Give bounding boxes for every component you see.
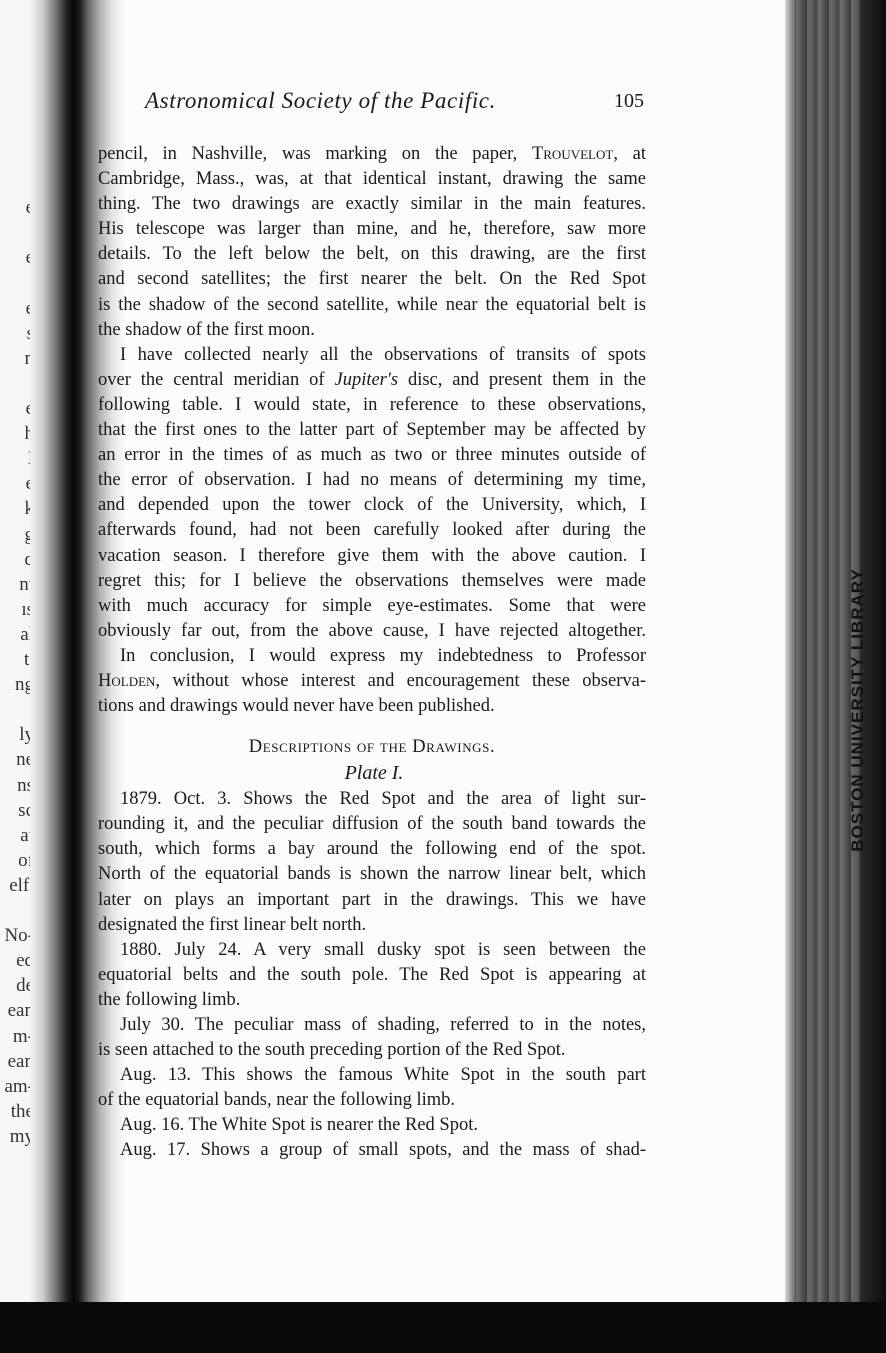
- text-span: disc, and present them in the: [398, 370, 646, 390]
- facing-page-fragment: ,: [0, 271, 34, 296]
- text-line: obviously far out, from the above cause,…: [98, 619, 646, 644]
- facing-page-fragment: t.: [0, 647, 34, 672]
- facing-page-fragment: ': [0, 145, 34, 170]
- facing-page-fragment: m-: [0, 1024, 34, 1049]
- facing-page-fragment: al: [0, 622, 34, 647]
- text-line: His telescope was larger than mine, and …: [98, 217, 646, 242]
- facing-page-fragment: the: [0, 1099, 34, 1124]
- page-number: 105: [614, 90, 644, 113]
- text-span: pencil, in Nashville, was marking on the…: [98, 144, 517, 164]
- paragraph-observations: I have collected nearly all the observat…: [98, 343, 646, 644]
- paragraph-trouvelot: pencil, in Nashville, was marking on the…: [98, 142, 646, 343]
- facing-page-fragment: d: [0, 547, 34, 572]
- facing-page-fragment: :: [0, 170, 34, 195]
- facing-page-fragment: k: [0, 496, 34, 521]
- text-line: regret this; for I believe the observati…: [98, 569, 646, 594]
- facing-page-fragment: de: [0, 973, 34, 998]
- book-page: Astronomical Society of the Pacific. 105…: [98, 82, 646, 114]
- text-line: 1880. July 24. A very small dusky spot i…: [98, 938, 646, 963]
- running-title: Astronomical Society of the Pacific.: [145, 88, 496, 114]
- text-line: with much accuracy for simple eye-estima…: [98, 594, 646, 619]
- running-header: Astronomical Society of the Pacific. 105: [98, 82, 646, 114]
- entry-july-30: July 30. The peculiar mass of shading, r…: [98, 1013, 646, 1063]
- text-line: over the central meridian of Jupiter's d…: [98, 368, 646, 393]
- text-line: In conclusion, I would express my indebt…: [98, 644, 646, 669]
- text-span: over the central meridian of: [98, 370, 334, 390]
- text-line: the following limb.: [98, 988, 646, 1013]
- facing-page-fragment: sc: [0, 798, 34, 823]
- text-line: I have collected nearly all the observat…: [98, 343, 646, 368]
- entry-aug-17: Aug. 17. Shows a group of small spots, a…: [98, 1138, 646, 1163]
- text-line: Aug. 13. This shows the famous White Spo…: [98, 1063, 646, 1088]
- facing-page-fragment: ng: [0, 672, 34, 697]
- text-line: rounding it, and the peculiar diffusion …: [98, 812, 646, 837]
- text-line: July 30. The peculiar mass of shading, r…: [98, 1013, 646, 1038]
- stamp-text: BOSTON UNIVERSITY LIBRARY: [848, 568, 868, 852]
- page-body: pencil, in Nashville, was marking on the…: [98, 142, 646, 1164]
- text-line: Cambridge, Mass., was, at that identical…: [98, 167, 646, 192]
- facing-page-fragment: e: [0, 396, 34, 421]
- facing-page-fragment: No-: [0, 923, 34, 948]
- text-span: , at: [613, 144, 646, 164]
- section-title: Descriptions of the Drawings.: [98, 735, 646, 761]
- facing-page-fragment: s: [0, 321, 34, 346]
- text-line: 1879. Oct. 3. Shows the Red Spot and the…: [98, 787, 646, 812]
- paragraph-conclusion: In conclusion, I would express my indebt…: [98, 644, 646, 719]
- text-line: south, which forms a bay around the foll…: [98, 837, 646, 862]
- facing-page-fragment: ean: [0, 1049, 34, 1074]
- text-line: and depended upon the tower clock of the…: [98, 493, 646, 518]
- facing-page-fragment: of: [0, 848, 34, 873]
- scanner-bed-border: [0, 1302, 886, 1353]
- text-line: Holden, without whose interest and encou…: [98, 669, 646, 694]
- text-line: tions and drawings would never have been…: [98, 694, 646, 719]
- text-line: the shadow of the first moon.: [98, 318, 646, 343]
- text-line: vacation season. I therefore give them w…: [98, 544, 646, 569]
- text-line: thing. The two drawings are exactly simi…: [98, 192, 646, 217]
- plate-title: Plate I.: [98, 761, 646, 787]
- text-line: later on plays an important part in the …: [98, 888, 646, 913]
- facing-page-fragment: e: [0, 245, 34, 270]
- facing-page-fragment: ly: [0, 722, 34, 747]
- facing-page-fragment: ıs: [0, 597, 34, 622]
- entry-aug-13: Aug. 13. This shows the famous White Spo…: [98, 1063, 646, 1113]
- facing-page-fragment: my: [0, 1124, 34, 1149]
- facing-page-fragment: ,: [0, 220, 34, 245]
- text-line: that the first ones to the latter part o…: [98, 418, 646, 443]
- facing-page-fragment: elf,: [0, 873, 34, 898]
- text-line: pencil, in Nashville, was marking on the…: [98, 142, 646, 167]
- text-line: afterwards found, had not been carefully…: [98, 518, 646, 543]
- facing-page-fragment: e: [0, 296, 34, 321]
- jupiter-italic: Jupiter's: [334, 370, 398, 390]
- page-stack-edge: [785, 0, 886, 1302]
- facing-page-fragment: ean: [0, 998, 34, 1023]
- facing-page-fragment: e: [0, 471, 34, 496]
- name-holden: Holden: [98, 671, 155, 691]
- facing-page-fragment: g: [0, 522, 34, 547]
- facing-page-fragment: e: [0, 195, 34, 220]
- text-line: the error of observation. I had no means…: [98, 468, 646, 493]
- text-line: is the shadow of the second satellite, w…: [98, 293, 646, 318]
- entry-aug-16: Aug. 16. The White Spot is nearer the Re…: [98, 1113, 646, 1138]
- facing-page-fragment: I: [0, 446, 34, 471]
- text-line: designated the first linear belt north.: [98, 913, 646, 938]
- name-trouvelot: Trouvelot: [532, 144, 613, 164]
- text-line: Aug. 17. Shows a group of small spots, a…: [98, 1138, 646, 1163]
- text-line: North of the equatorial bands is shown t…: [98, 862, 646, 887]
- text-span: , without whose interest and encourageme…: [155, 671, 646, 691]
- entry-1880-july-24: 1880. July 24. A very small dusky spot i…: [98, 938, 646, 1013]
- text-line: following table. I would state, in refer…: [98, 393, 646, 418]
- entry-1879-oct-3: 1879. Oct. 3. Shows the Red Spot and the…: [98, 787, 646, 938]
- text-line: is seen attached to the south preceding …: [98, 1038, 646, 1063]
- text-line: an error in the times of as much as two …: [98, 443, 646, 468]
- facing-page-fragment: ns: [0, 773, 34, 798]
- facing-page-fragment: am-: [0, 1074, 34, 1099]
- text-line: Aug. 16. The White Spot is nearer the Re…: [98, 1113, 646, 1138]
- library-spine-stamp: BOSTON UNIVERSITY LIBRARY: [848, 540, 868, 880]
- text-line: details. To the left below the belt, on …: [98, 242, 646, 267]
- facing-page-fragment: ed: [0, 948, 34, 973]
- facing-page-fragment: n: [0, 346, 34, 371]
- facing-page-fragment: ne: [0, 747, 34, 772]
- text-line: and second satellites; the first nearer …: [98, 267, 646, 292]
- scanned-page: ':e,e,esnehIekgdntısalt.nglynensscatofel…: [0, 0, 886, 1302]
- text-line: of the equatorial bands, near the follow…: [98, 1088, 646, 1113]
- facing-page-fragment: at: [0, 823, 34, 848]
- facing-page-fragment: nt: [0, 572, 34, 597]
- facing-page-fragment: h: [0, 421, 34, 446]
- text-line: equatorial belts and the south pole. The…: [98, 963, 646, 988]
